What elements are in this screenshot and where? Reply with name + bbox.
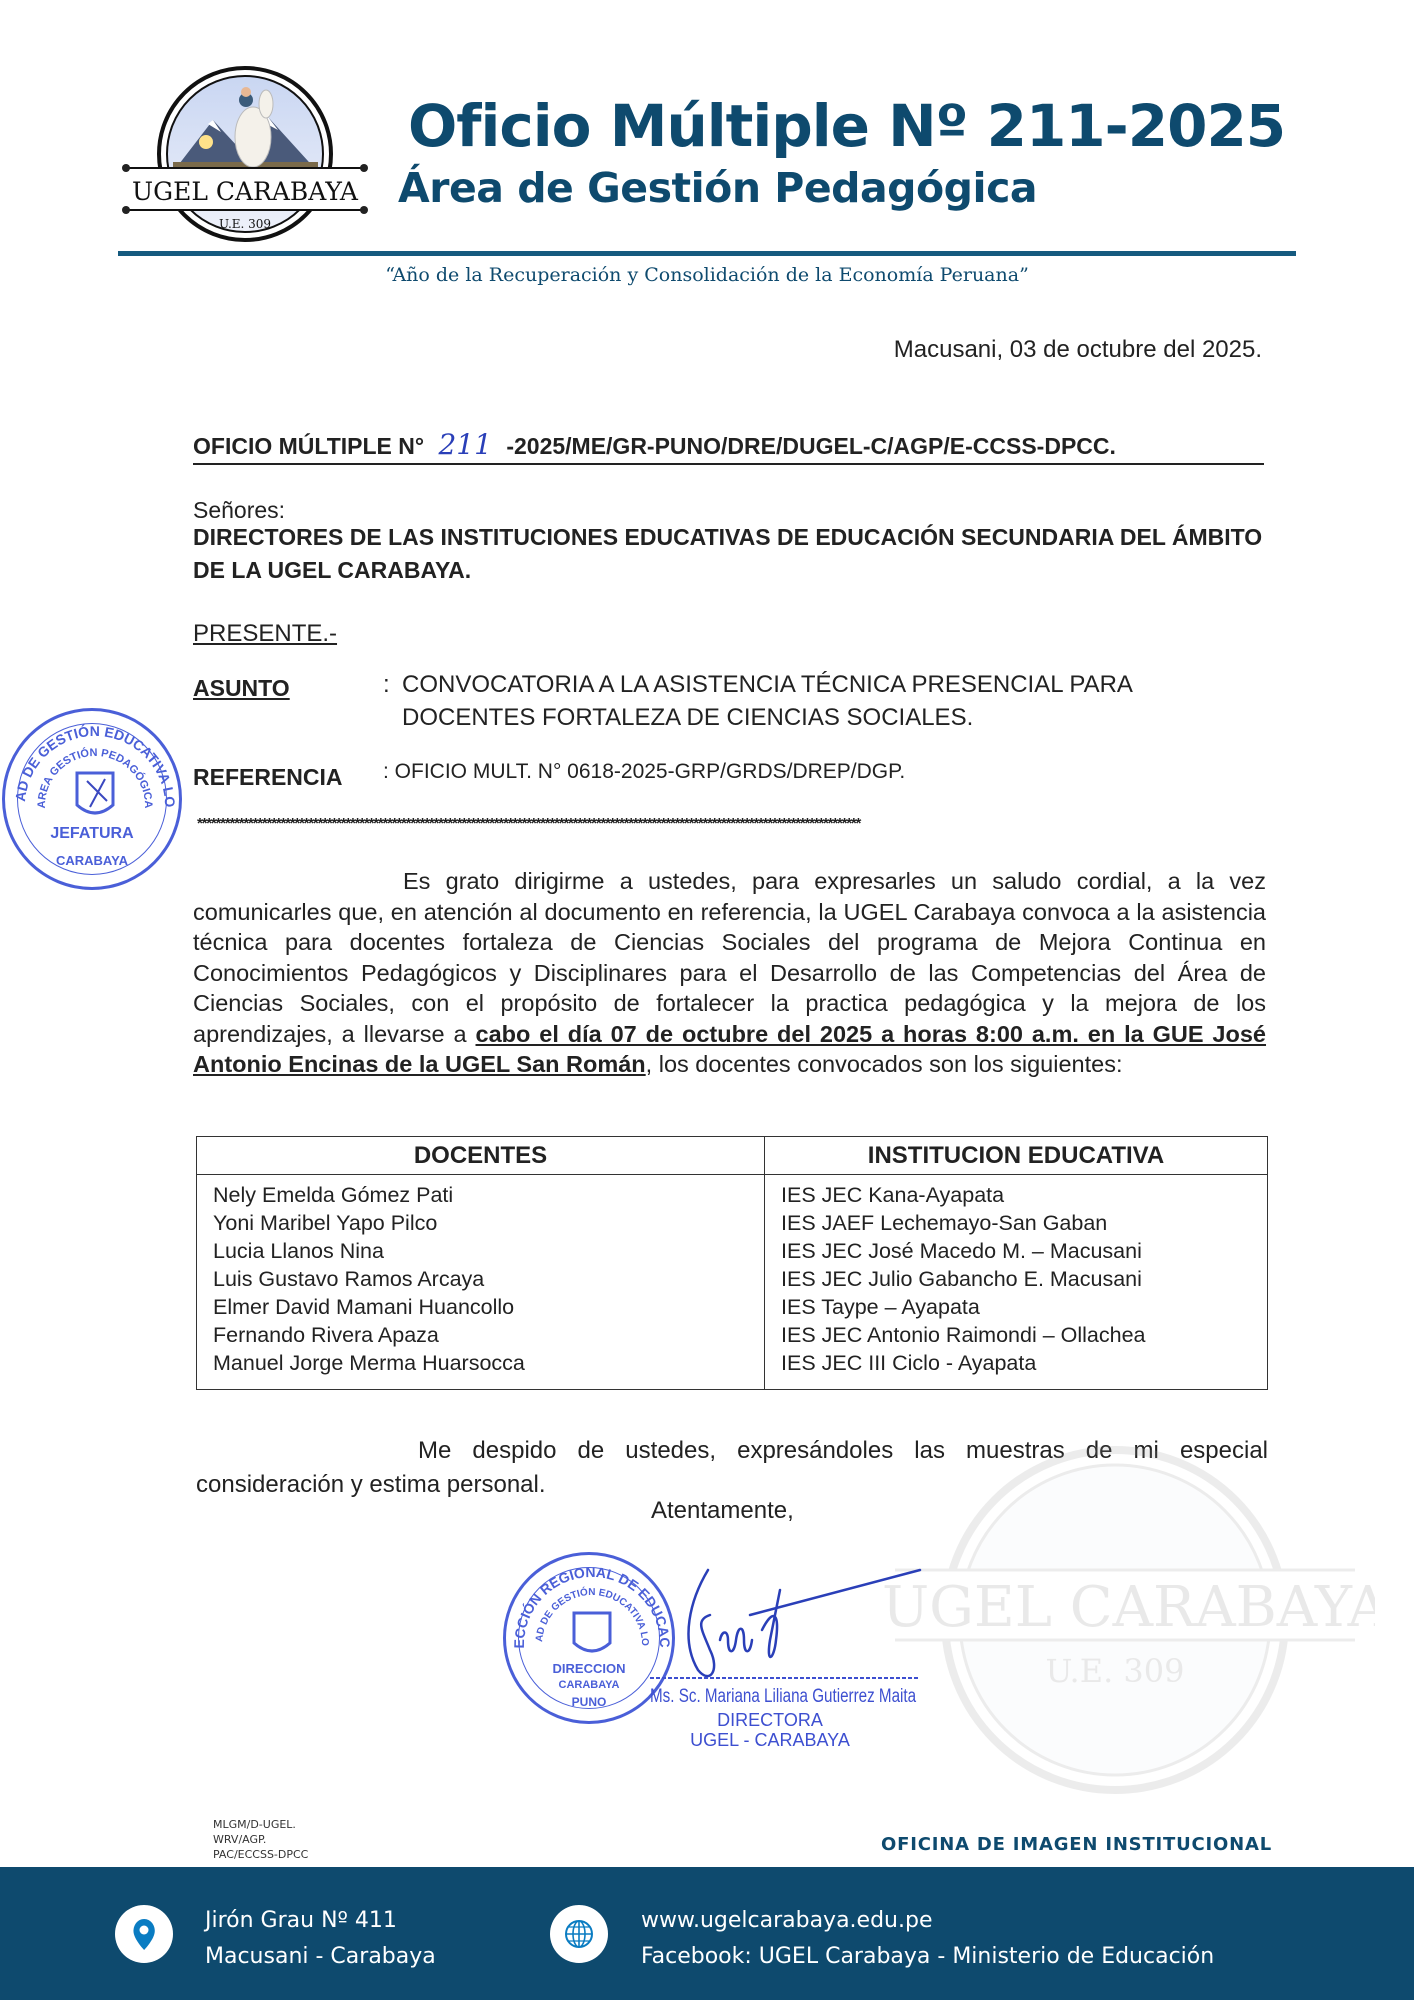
- table-row: Nely Emelda Gómez PatiYoni Maribel Yapo …: [197, 1175, 1268, 1390]
- school-name: IES JEC Kana-Ayapata: [781, 1181, 1251, 1209]
- footer-bar: Jirón Grau Nº 411 Macusani - Carabaya ww…: [0, 1867, 1414, 2000]
- handwritten-signature: [650, 1560, 930, 1700]
- teacher-name: Elmer David Mamani Huancollo: [213, 1293, 748, 1321]
- contact-links: www.ugelcarabaya.edu.pe Facebook: UGEL C…: [641, 1903, 1214, 1975]
- school-name: IES JEC III Ciclo - Ayapata: [781, 1349, 1251, 1377]
- globe-icon: [550, 1905, 608, 1963]
- document-subtitle: Área de Gestión Pedagógica: [398, 164, 1037, 212]
- ugel-watermark-logo: UGEL CARABAYA U.E. 309: [875, 1420, 1375, 1800]
- ref-handwritten-number: 211: [430, 428, 499, 461]
- recipients: DIRECTORES DE LAS INSTITUCIONES EDUCATIV…: [193, 521, 1264, 587]
- separator-line: ****************************************…: [197, 815, 1263, 832]
- asunto-text: :CONVOCATORIA A LA ASISTENCIA TÉCNICA PR…: [383, 668, 1265, 734]
- signoff: Atentamente,: [651, 1497, 794, 1525]
- teachers-table: DOCENTES INSTITUCION EDUCATIVA Nely Emel…: [196, 1136, 1268, 1390]
- svg-text:UGEL CARABAYA: UGEL CARABAYA: [882, 1575, 1375, 1640]
- school-name: IES JAEF Lechemayo-San Gaban: [781, 1209, 1251, 1237]
- teacher-name: Lucia Llanos Nina: [213, 1237, 748, 1265]
- svg-text:UGEL CARABAYA: UGEL CARABAYA: [132, 177, 359, 206]
- ref-prefix: OFICIO MÚLTIPLE N°: [193, 433, 424, 459]
- svg-text:U.E. 309: U.E. 309: [1046, 1652, 1185, 1690]
- teacher-name: Yoni Maribel Yapo Pilco: [213, 1209, 748, 1237]
- ref-suffix: -2025/ME/GR-PUNO/DRE/DUGEL-C/AGP/E-CCSS-…: [506, 433, 1116, 459]
- teachers-list: Nely Emelda Gómez PatiYoni Maribel Yapo …: [197, 1175, 765, 1390]
- salutation: Señores:: [193, 497, 285, 524]
- map-pin-icon: [115, 1905, 173, 1963]
- jefatura-stamp: UNIDAD DE GESTIÓN EDUCATIVA LOCAL AREA G…: [2, 708, 182, 890]
- ugel-carabaya-logo: UGEL CARABAYA U.E. 309: [118, 62, 372, 246]
- teacher-name: Luis Gustavo Ramos Arcaya: [213, 1265, 748, 1293]
- official-reference-number: OFICIO MÚLTIPLE N° 211 -2025/ME/GR-PUNO/…: [193, 428, 1264, 465]
- signatory-role: DIRECTORA UGEL - CARABAYA: [690, 1710, 850, 1750]
- school-name: IES JEC José Macedo M. – Macusani: [781, 1237, 1251, 1265]
- facebook-link[interactable]: Facebook: UGEL Carabaya - Ministerio de …: [641, 1939, 1214, 1975]
- document-title: Oficio Múltiple Nº 211-2025: [408, 92, 1285, 160]
- presente: PRESENTE.-: [193, 620, 337, 648]
- body-paragraph: Es grato dirigirme a ustedes, para expre…: [193, 866, 1266, 1080]
- teacher-name: Manuel Jorge Merma Huarsocca: [213, 1349, 748, 1377]
- place-date: Macusani, 03 de octubre del 2025.: [894, 336, 1262, 364]
- asunto-label: ASUNTO: [193, 675, 290, 702]
- column-header-docentes: DOCENTES: [197, 1137, 765, 1175]
- school-name: IES JEC Julio Gabancho E. Macusani: [781, 1265, 1251, 1293]
- column-header-institucion: INSTITUCION EDUCATIVA: [765, 1137, 1268, 1175]
- website-link[interactable]: www.ugelcarabaya.edu.pe: [641, 1903, 1214, 1939]
- year-motto: “Año de la Recuperación y Consolidación …: [0, 264, 1414, 286]
- author-initials: MLGM/D-UGEL. WRV/AGP. PAC/ECCSS-DPCC: [213, 1817, 308, 1862]
- teacher-name: Nely Emelda Gómez Pati: [213, 1181, 748, 1209]
- school-name: IES Taype – Ayapata: [781, 1293, 1251, 1321]
- school-name: IES JEC Antonio Raimondi – Ollachea: [781, 1321, 1251, 1349]
- teacher-name: Fernando Rivera Apaza: [213, 1321, 748, 1349]
- issuing-office: OFICINA DE IMAGEN INSTITUCIONAL: [881, 1834, 1272, 1855]
- header-divider: [118, 251, 1296, 256]
- referencia-text: : OFICIO MULT. N° 0618-2025-GRP/GRDS/DRE…: [383, 760, 905, 784]
- referencia-label: REFERENCIA: [193, 764, 343, 791]
- signatory-name: Ms. Sc. Mariana Liliana Gutierrez Maita: [650, 1686, 916, 1708]
- svg-text:U.E. 309: U.E. 309: [219, 217, 271, 231]
- schools-list: IES JEC Kana-AyapataIES JAEF Lechemayo-S…: [765, 1175, 1268, 1390]
- address: Jirón Grau Nº 411 Macusani - Carabaya: [205, 1903, 436, 1975]
